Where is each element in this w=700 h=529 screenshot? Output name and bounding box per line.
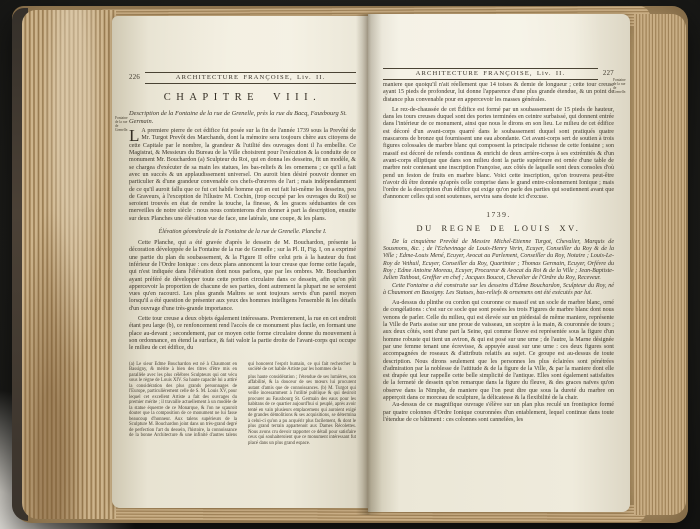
book-fore-edge-right (634, 14, 686, 515)
left-margin-note: Fontaine de la rue de Grenelle. (115, 116, 128, 132)
open-book: Fontaine de la rue de Grenelle. 226 ARCH… (12, 6, 688, 523)
right-paragraph-1: maniere que quoiqu'il n'ait réellement q… (383, 82, 614, 104)
plate-section-heading: Élévation géométrale de la Fontaine de l… (129, 229, 356, 235)
right-page-content: ARCHITECTURE FRANÇOISE, Liv. II. 227 man… (383, 68, 614, 424)
left-page-number: 226 (129, 74, 140, 81)
chapter-heading: CHAPITRE VIII. (129, 92, 356, 103)
left-running-header: 226 ARCHITECTURE FRANÇOISE, Liv. II. (129, 72, 356, 83)
right-margin-note: Fontaine de la rue de Grenelle. (613, 78, 627, 94)
right-page-number: 227 (603, 70, 614, 77)
left-paragraph-1-text: A premiere pierre de cet édifice fut pos… (129, 128, 356, 222)
right-page: Fontaine de la rue de Grenelle. ARCHITEC… (368, 14, 630, 512)
inscription-paragraph: De la cinquième Prevôté de Messire Miche… (383, 239, 614, 283)
date-heading: 1739. (383, 210, 614, 219)
footnote-b: plus haute considération ; l'étendue de … (248, 375, 356, 447)
right-running-header: ARCHITECTURE FRANÇOISE, Liv. II. 227 (383, 68, 614, 79)
right-paragraph-3: Au-dessus du plinthe ou cordon qui couro… (383, 300, 614, 402)
footnotes: (a) Le sieur Edme Bouchardon est né à Ch… (129, 362, 356, 447)
book-gutter-shadow (356, 14, 382, 515)
inscription-paragraph-2: Cette Fontaine a été construite sur les … (383, 283, 614, 298)
left-paragraph-2: Cette Planche, qui a été gravée d'après … (129, 240, 356, 313)
dropcap-letter: L (129, 128, 141, 143)
left-running-title: ARCHITECTURE FRANÇOISE, Liv. II. (145, 72, 356, 84)
left-paragraph-3: Cette tour creuse a deux objets égalemen… (129, 316, 356, 352)
right-running-title: ARCHITECTURE FRANÇOISE, Liv. II. (383, 68, 598, 80)
left-page-content: 226 ARCHITECTURE FRANÇOISE, Liv. II. CHA… (129, 72, 356, 446)
regne-heading: DU REGNE DE LOUIS XV. (383, 224, 614, 233)
left-page: Fontaine de la rue de Grenelle. 226 ARCH… (112, 16, 368, 508)
chapter-subtitle: Description de la Fontaine de la rue de … (129, 110, 356, 125)
book-fore-edge-left (22, 10, 116, 519)
right-paragraph-2: Le rez-de-chaussée de cet Édifice est fo… (383, 107, 614, 202)
left-paragraph-1: LA premiere pierre de cet édifice fut po… (129, 128, 356, 223)
right-paragraph-4: Au-dessus de ce magnifique ouvrage s'élè… (383, 402, 614, 424)
